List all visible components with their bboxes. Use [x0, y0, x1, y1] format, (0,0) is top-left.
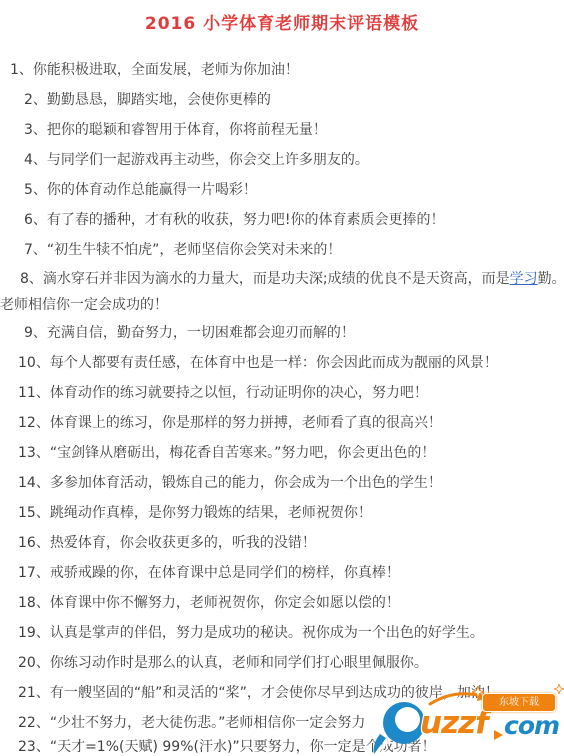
uzzf-dot-arrow-icon: [494, 730, 503, 740]
comment-line-8: 8、滴水穿石并非因为滴水的力量大，而是功夫深;成绩的优良不是天资高，而是学习勤。: [0, 265, 564, 293]
document-page: 2016 小学体育老师期末评语模板 1、你能积极进取，全面发展，老师为你加油！ …: [0, 0, 564, 756]
comment-line-17: 17、戒骄戒躁的你，在体育课中总是同学们的榜样，你真棒！: [0, 558, 564, 588]
xuexi-link[interactable]: 学习: [510, 271, 538, 287]
comment-line-20: 20、你练习动作时是那么的认真，老师和同学们打心眼里佩服你。: [0, 648, 564, 678]
uzzf-tld-text: com: [504, 711, 559, 740]
comment-line-8-continuation: 老师相信你一定会成功的！: [0, 293, 564, 318]
comment-line-16: 16、热爱体育，你会收获更多的，听我的没错！: [0, 528, 564, 558]
uzzf-swoosh-icon: [370, 698, 426, 756]
uzzf-brand-text: uzzf: [420, 705, 488, 741]
comment-line-18: 18、体育课中你不懈努力，老师祝贺你，你定会如愿以偿的！: [0, 588, 564, 618]
page-title: 2016 小学体育老师期末评语模板: [0, 0, 564, 55]
comment-line-8-pre: 8、滴水穿石并非因为滴水的力量大，而是功夫深;成绩的优良不是天资高，而是: [20, 271, 510, 287]
comment-line-1: 1、你能积极进取，全面发展，老师为你加油！: [0, 55, 564, 85]
comment-line-2: 2、勤勤恳恳，脚踏实地，会使你更棒的: [0, 85, 564, 115]
comment-line-6: 6、有了春的播种，才有秋的收获，努力吧!你的体育素质会更捧的！: [0, 205, 564, 235]
comment-line-9: 9、充满自信，勤奋努力，一切困难都会迎刃而解的！: [0, 318, 564, 348]
uzzf-watermark: uzzf com 东坡下载: [370, 694, 562, 756]
comment-line-5: 5、你的体育动作总能赢得一片喝彩！: [0, 175, 564, 205]
comment-line-11: 11、体育动作的练习就要持之以恒，行动证明你的决心，努力吧！: [0, 378, 564, 408]
comment-line-13: 13、“宝剑锋从磨砺出，梅花香自苦寒来。”努力吧，你会更出色的！: [0, 438, 564, 468]
comment-line-3: 3、把你的聪颖和睿智用于体育，你将前程无量！: [0, 115, 564, 145]
comment-line-8-post: 勤。: [538, 271, 564, 287]
comment-line-15: 15、跳绳动作真棒，是你努力锻炼的结果，老师祝贺你！: [0, 498, 564, 528]
sparkle-star-icon: [472, 686, 484, 698]
comment-line-14: 14、多参加体育活动，锻炼自己的能力，你会成为一个出色的学生！: [0, 468, 564, 498]
comment-line-10: 10、每个人都要有责任感，在体育中也是一样：你会因此而成为靓丽的风景！: [0, 348, 564, 378]
comment-line-4: 4、与同学们一起游戏再主动些，你会交上许多朋友的。: [0, 145, 564, 175]
comment-line-19: 19、认真是掌声的伴侣，努力是成功的秘诀。祝你成为一个出色的好学生。: [0, 618, 564, 648]
comment-line-7: 7、“初生牛犊不怕虎”，老师坚信你会笑对未来的！: [0, 235, 564, 265]
comment-line-12: 12、体育课上的练习，你是那样的努力拼搏，老师看了真的很高兴！: [0, 408, 564, 438]
dongpo-download-badge: 东坡下载: [482, 693, 556, 712]
sparkle-star-icon: [554, 684, 564, 694]
